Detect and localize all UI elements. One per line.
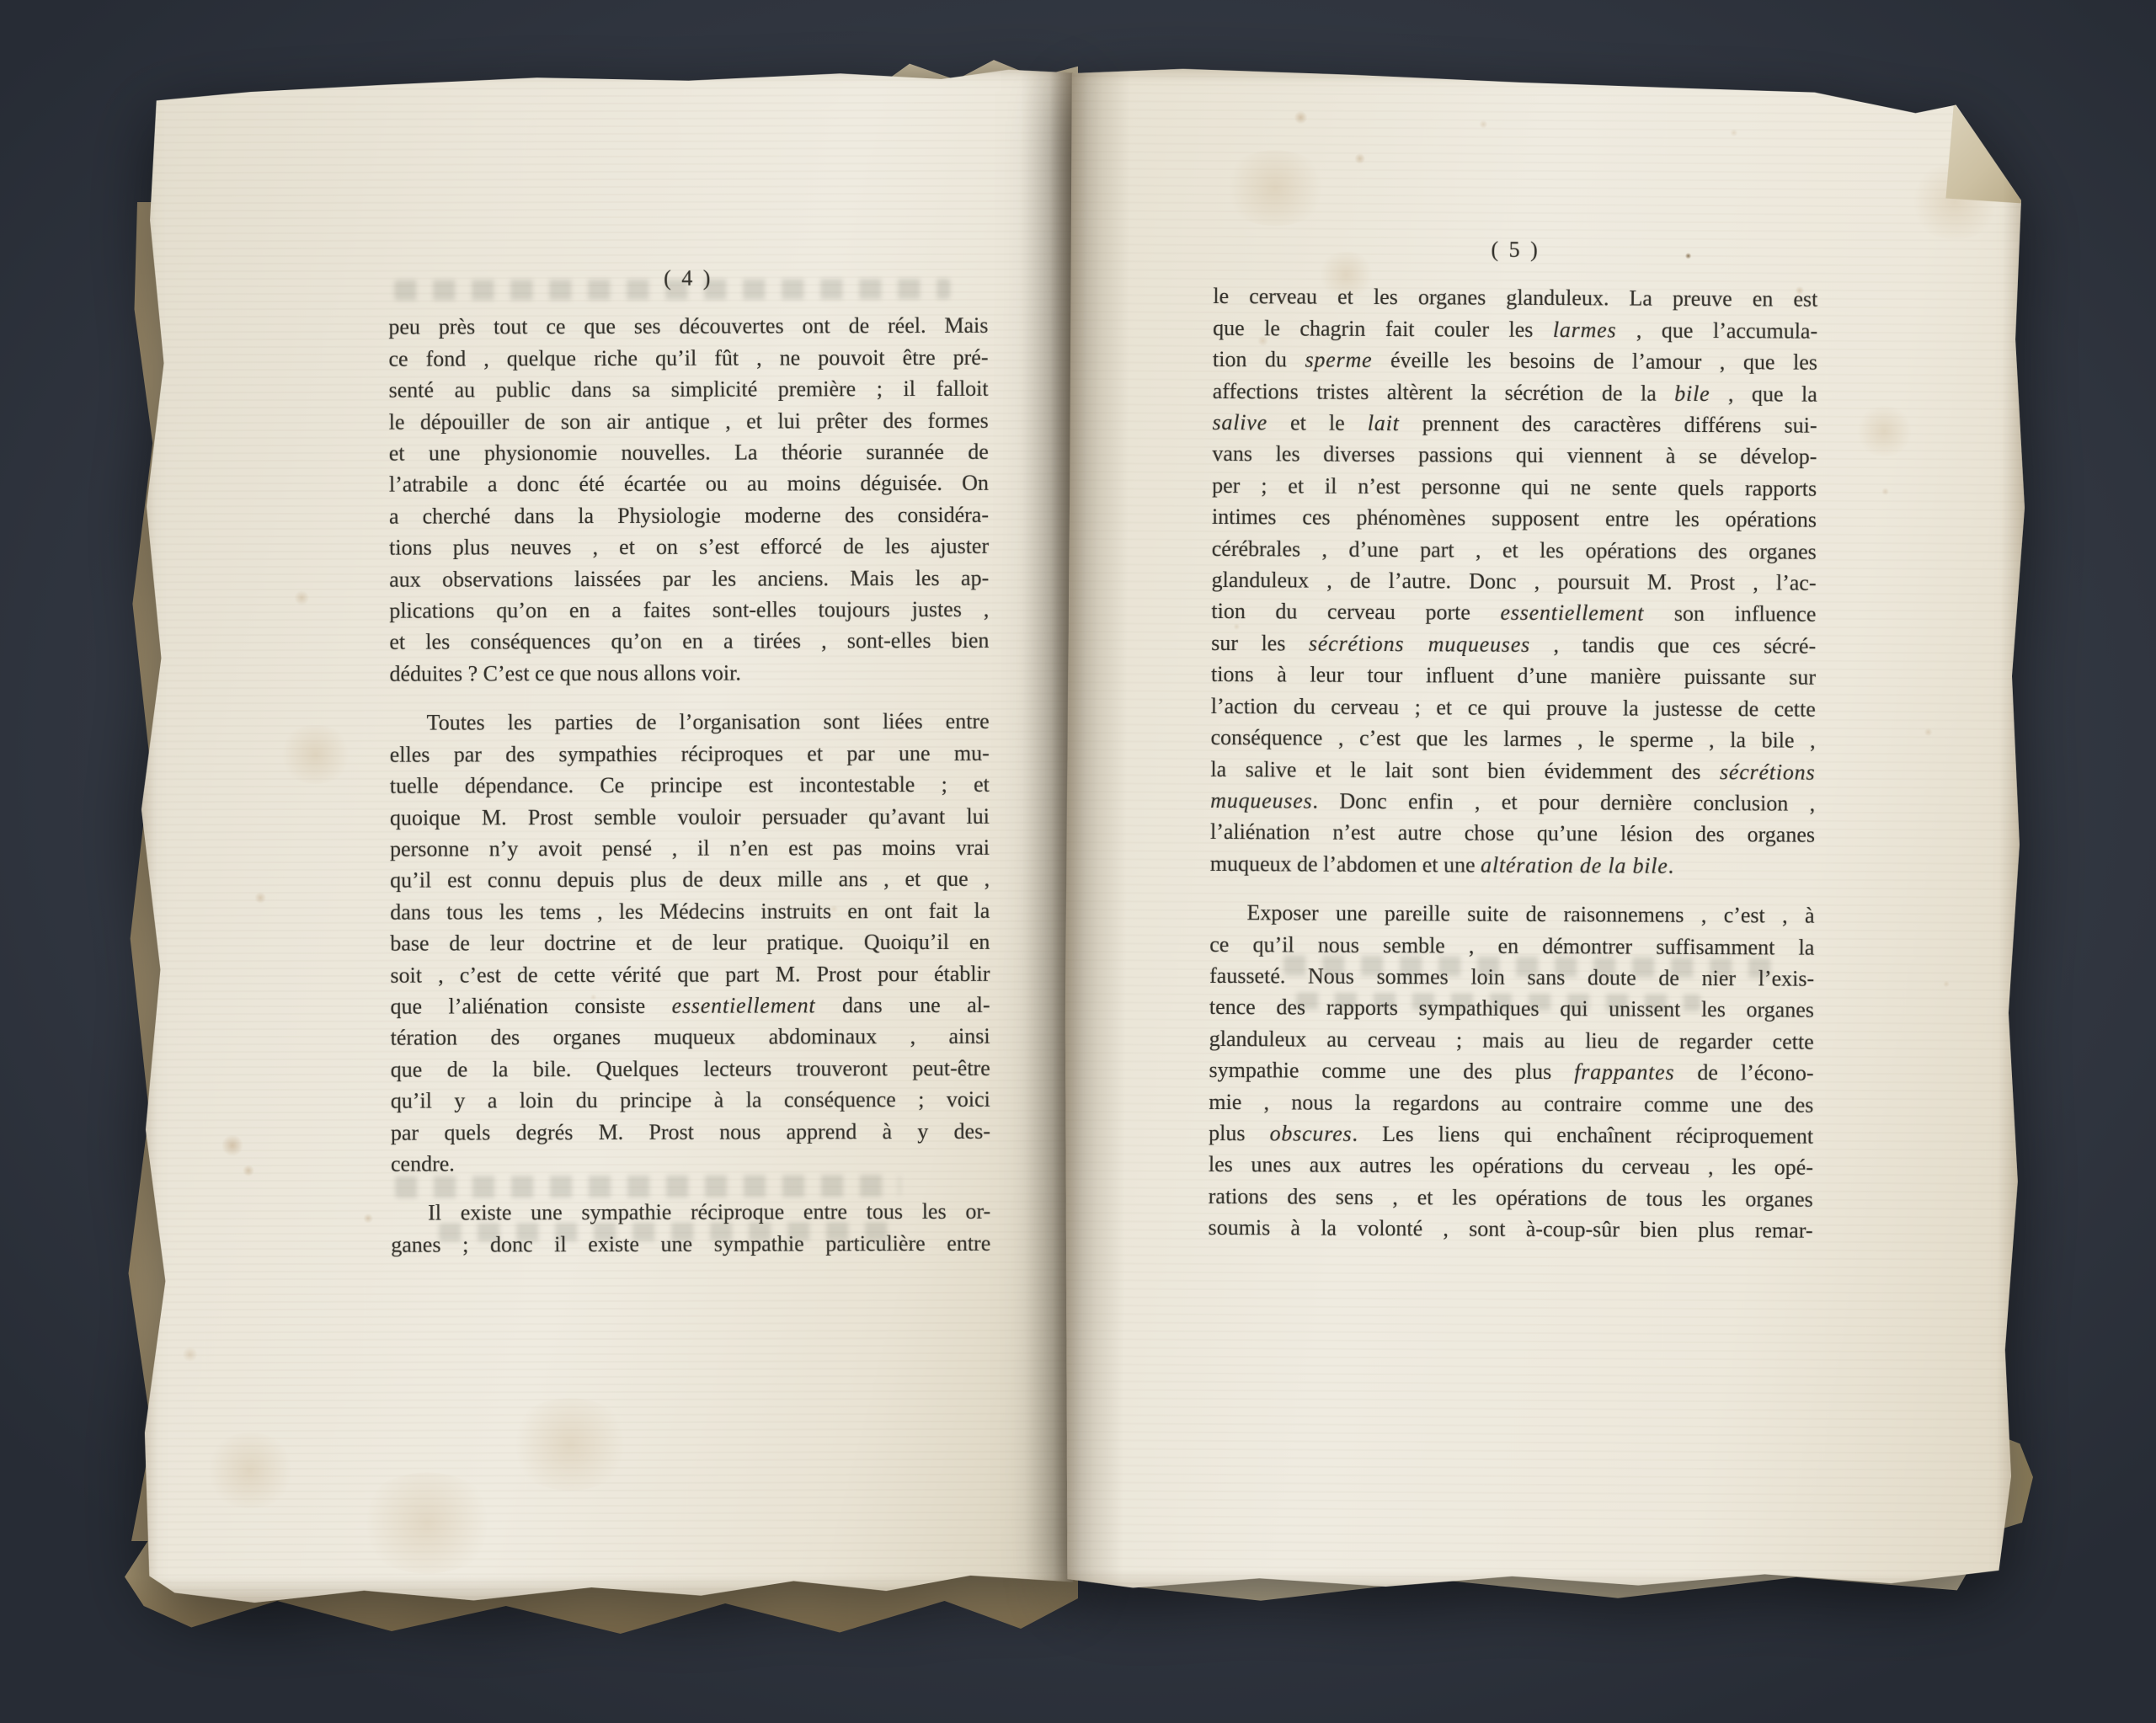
text-line: plications qu’on en a faites sont-elles …: [389, 594, 989, 627]
text-line: Exposer une pareille suite de raisonneme…: [1209, 897, 1814, 931]
text-line: que de la bile. Quelques lecteurs trouve…: [391, 1053, 990, 1086]
stain: [278, 725, 354, 784]
text-line: qu’il y a loin du principe à la conséque…: [391, 1084, 990, 1117]
text-line: le dépouiller de son air antique , et lu…: [389, 404, 989, 437]
text-line: mie , nous la regardons au contraire com…: [1209, 1086, 1813, 1120]
page-4-text: ( 4 ) peu près tout ce que ses découvert…: [388, 262, 990, 1261]
text-line: l’action du cerveau ; et ce qui prouve l…: [1211, 691, 1816, 725]
foxing-spot: [1924, 728, 1933, 736]
text-line: a cherché dans la Physiologie moderne de…: [389, 499, 989, 532]
text-line: affections tristes altèrent la sécrétion…: [1213, 376, 1817, 410]
stain: [204, 1432, 296, 1508]
page-5-paper: ( 5 ) le cerveau et les organes glandule…: [1059, 58, 2029, 1613]
text-line: cérébrales , d’une part , et les opérati…: [1212, 533, 1817, 568]
page-5-paragraphs: le cerveau et les organes glanduleux. La…: [1208, 280, 1817, 1246]
text-line: la salive et le lait sont bien évidemmen…: [1210, 753, 1815, 787]
text-line: Il existe une sympathie réciproque entre…: [391, 1196, 990, 1229]
text-line: tion du cerveau porte essentiellement so…: [1211, 595, 1816, 630]
book-page-right: ( 5 ) le cerveau et les organes glandule…: [1059, 58, 2029, 1613]
text-line: et une physionomie nouvelles. La théorie…: [389, 436, 989, 469]
paragraph: Toutes les parties de l’organisation son…: [390, 706, 990, 1180]
foxing-spot: [1354, 153, 1365, 164]
page-4-paragraphs: peu près tout ce que ses découvertes ont…: [388, 310, 990, 1261]
text-line: ce qu’il nous semble , en démontrer suff…: [1209, 928, 1814, 963]
text-line: muqueux de l’abdomen et une altération d…: [1210, 848, 1815, 883]
text-line: Toutes les parties de l’organisation son…: [390, 706, 990, 739]
text-line: senté au public dans sa simplicité premi…: [389, 373, 989, 406]
page-5-number: ( 5 ): [1214, 232, 1818, 267]
text-line: fausseté. Nous sommes loin sans doute de…: [1209, 960, 1814, 995]
paragraph: peu près tout ce que ses découvertes ont…: [388, 310, 989, 690]
paragraph: Exposer une pareille suite de raisonneme…: [1208, 897, 1814, 1246]
stain: [1854, 406, 1913, 456]
text-line: glanduleux , de l’autre. Donc , poursuit…: [1211, 564, 1816, 599]
text-line: le cerveau et les organes glanduleux. La…: [1213, 280, 1817, 315]
stain: [355, 1472, 499, 1573]
text-line: tions à leur tour influent d’une manière…: [1211, 659, 1816, 693]
foxing-spot: [243, 1165, 254, 1176]
page-5-text: ( 5 ) le cerveau et les organes glandule…: [1208, 232, 1817, 1246]
foxing-spot: [1730, 129, 1737, 136]
photo-of-open-book: ( 4 ) peu près tout ce que ses découvert…: [0, 0, 2156, 1723]
text-line: cendre.: [391, 1147, 990, 1180]
text-line: tération des organes muqueux abdominaux …: [391, 1021, 990, 1054]
text-line: ce fond , quelque riche qu’il fût , ne p…: [388, 342, 988, 375]
text-line: déduites ? C’est ce que nous allons voir…: [389, 657, 989, 690]
stain: [507, 1398, 633, 1491]
text-line: glanduleux au cerveau ; mais au lieu de …: [1209, 1023, 1814, 1058]
foxing-spot: [183, 1347, 198, 1362]
text-line: ganes ; donc il existe une sympathie par…: [391, 1228, 990, 1261]
text-line: personne n’y avoit pensé , il n’en est p…: [390, 832, 990, 865]
text-line: soumis à la volonté , sont à-coup-sûr bi…: [1208, 1212, 1812, 1246]
text-line: plus obscures. Les liens qui enchaînent …: [1209, 1118, 1813, 1152]
text-line: per ; et il n’est personne qui ne sente …: [1212, 470, 1817, 504]
text-line: tions plus neuves , et on s’est efforcé …: [389, 531, 989, 563]
text-line: soit , c’est de cette vérité que part M.…: [390, 958, 990, 990]
text-line: muqueuses. Donc enfin , et pour dernière…: [1210, 785, 1815, 819]
foxing-spot: [1479, 120, 1487, 129]
text-line: qu’il est connu depuis plus de deux mill…: [390, 863, 990, 896]
text-line: salive et le lait prennent des caractère…: [1212, 407, 1817, 441]
foxing-spot: [363, 1214, 373, 1224]
text-line: sur les sécrétions muqueuses , tandis qu…: [1211, 627, 1816, 662]
folded-corner: [1942, 93, 2037, 213]
text-line: que le chagrin fait couler les larmes , …: [1213, 312, 1817, 347]
text-line: quoique M. Prost semble vouloir persuade…: [390, 800, 990, 833]
foxing-spot: [1294, 110, 1307, 124]
text-line: peu près tout ce que ses découvertes ont…: [388, 310, 988, 343]
text-line: l’atrabile a donc été écartée ou au moin…: [389, 467, 989, 500]
text-line: conséquence , c’est que les larmes , le …: [1211, 722, 1816, 756]
page-4-number: ( 4 ): [388, 262, 988, 295]
book-page-left: ( 4 ) peu près tout ce que ses découvert…: [133, 56, 1079, 1615]
foxing-spot: [1881, 488, 1889, 495]
text-line: que l’aliénation consiste essentiellemen…: [390, 990, 990, 1022]
text-line: rations des sens , et les opérations de …: [1209, 1181, 1813, 1215]
foxing-spot: [221, 1134, 243, 1156]
text-line: et les conséquences qu’on en a tirées , …: [389, 625, 989, 658]
text-line: sympathie comme une des plus frappantes …: [1209, 1054, 1813, 1089]
text-line: dans tous les tems , les Médecins instru…: [390, 895, 990, 928]
stain: [1220, 150, 1330, 227]
text-line: intimes ces phénomènes supposent entre l…: [1212, 501, 1817, 536]
text-line: tion du sperme éveille les besoins de l’…: [1213, 344, 1817, 378]
foxing-spot: [294, 590, 309, 605]
gutter-shadow: [1059, 58, 1147, 1608]
text-line: vans les diverses passions qui viennent …: [1212, 438, 1817, 472]
text-line: aux observations laissées par les ancien…: [389, 562, 989, 595]
page-4-paper: ( 4 ) peu près tout ce que ses découvert…: [133, 56, 1079, 1615]
text-line: base de leur doctrine et de leur pratiqu…: [390, 926, 990, 959]
paragraph: Il existe une sympathie réciproque entre…: [391, 1196, 990, 1261]
foxing-spot: [254, 892, 266, 904]
text-line: les unes aux autres les opérations du ce…: [1209, 1149, 1813, 1183]
text-line: par quels degrés M. Prost nous apprend à…: [391, 1115, 990, 1148]
text-line: tuelle dépendance. Ce principe est incon…: [390, 769, 990, 802]
text-line: l’aliénation n’est autre chose qu’une lé…: [1210, 816, 1815, 851]
text-line: elles par des sympathies réciproques et …: [390, 737, 990, 770]
foxing-spot: [1943, 980, 1950, 987]
text-line: tence des rapports sympathiques qui unis…: [1209, 991, 1814, 1026]
paragraph: le cerveau et les organes glanduleux. La…: [1210, 280, 1818, 882]
